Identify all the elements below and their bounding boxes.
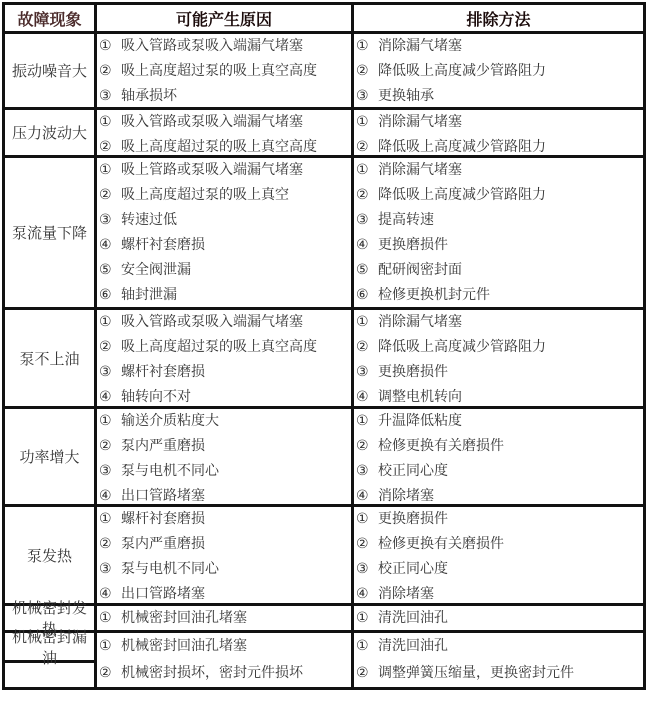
cause-cell: ①螺杆衬套磨损②泵内严重磨损③泵与电机不同心④出口管路堵塞 <box>94 507 351 603</box>
item-text: 吸上高度超过泵的吸上真空高度 <box>121 63 317 79</box>
item-text: 轴转向不对 <box>121 389 191 405</box>
cause-item: ③螺杆衬套磨损 <box>99 360 351 385</box>
symptom-cell: 振动噪音大 <box>2 34 94 107</box>
item-text: 泵与电机不同心 <box>121 561 219 577</box>
item-number: ② <box>99 59 121 84</box>
remedy-cell: ①升温降低粘度②检修更换有关磨损件③校正同心度④消除堵塞 <box>351 409 646 504</box>
remedy-item: ③校正同心度 <box>356 459 643 484</box>
item-text: 升温降低粘度 <box>378 413 462 429</box>
item-number: ④ <box>99 233 121 258</box>
remedy-item: ④更换磨损件 <box>356 233 643 258</box>
cause-cell: ①机械密封回油孔堵塞 <box>94 606 351 630</box>
item-text: 机械密封回油孔堵塞 <box>121 638 247 654</box>
table-row: 功率增大 ①输送介质粘度大②泵内严重磨损③泵与电机不同心④出口管路堵塞 ①升温降… <box>2 409 646 507</box>
item-number: ② <box>99 661 121 686</box>
item-number: ① <box>99 507 121 532</box>
cause-item: ⑥轴封泄漏 <box>99 283 351 308</box>
item-text: 轴承损坏 <box>121 88 177 104</box>
cause-item: ①吸入管路或泵吸入端漏气堵塞 <box>99 34 351 59</box>
item-text: 出口管路堵塞 <box>121 586 205 602</box>
remedy-item: ①消除漏气堵塞 <box>356 158 643 183</box>
item-number: ① <box>99 34 121 59</box>
item-text: 清洗回油孔 <box>378 610 448 626</box>
remedy-item: ③更换轴承 <box>356 84 643 109</box>
item-number: ② <box>356 434 378 459</box>
item-number: ② <box>99 135 121 160</box>
table-header-row: 故障现象 可能产生原因 排除方法 <box>2 2 646 34</box>
item-number: ② <box>356 59 378 84</box>
remedy-item: ④消除堵塞 <box>356 582 643 607</box>
item-number: ④ <box>99 385 121 410</box>
cause-cell: ①吸上管路或泵吸入端漏气堵塞②吸上高度超过泵的吸上真空③转速过低④螺杆衬套磨损⑤… <box>94 158 351 307</box>
item-number: ② <box>356 183 378 208</box>
item-number: ① <box>99 606 121 631</box>
item-text: 泵内严重磨损 <box>121 438 205 454</box>
item-text: 转速过低 <box>121 212 177 228</box>
cause-item: ④轴转向不对 <box>99 385 351 410</box>
remedy-item: ③更换磨损件 <box>356 360 643 385</box>
cause-item: ②泵内严重磨损 <box>99 434 351 459</box>
item-text: 调整弹簧压缩量，更换密封元件 <box>378 665 574 681</box>
item-text: 螺杆衬套磨损 <box>121 511 205 527</box>
cause-item: ④螺杆衬套磨损 <box>99 233 351 258</box>
table-row: 机械密封漏油 ①机械密封回油孔堵塞②机械密封损坏，密封元件损坏 ①清洗回油孔②调… <box>2 633 646 690</box>
header-symptom: 故障现象 <box>2 5 94 31</box>
item-text: 吸入管路或泵吸入端漏气堵塞 <box>121 38 303 54</box>
cause-item: ①输送介质粘度大 <box>99 409 351 434</box>
item-text: 吸入管路或泵吸入端漏气堵塞 <box>121 314 303 330</box>
symptom-cell: 泵不上油 <box>2 310 94 406</box>
item-text: 清洗回油孔 <box>378 638 448 654</box>
remedy-item: ②调整弹簧压缩量，更换密封元件 <box>356 661 643 686</box>
item-text: 消除漏气堵塞 <box>378 162 462 178</box>
item-number: ② <box>356 135 378 160</box>
table-body: 振动噪音大 ①吸入管路或泵吸入端漏气堵塞②吸上高度超过泵的吸上真空高度③轴承损坏… <box>2 34 646 690</box>
remedy-item: ①更换磨损件 <box>356 507 643 532</box>
item-number: ③ <box>356 557 378 582</box>
remedy-item: ①消除漏气堵塞 <box>356 310 643 335</box>
cause-item: ①吸入管路或泵吸入端漏气堵塞 <box>99 310 351 335</box>
remedy-item: ⑥检修更换机封元件 <box>356 283 643 308</box>
remedy-item: ②降低吸上高度减少管路阻力 <box>356 183 643 208</box>
item-text: 检修更换有关磨损件 <box>378 536 504 552</box>
remedy-item: ①清洗回油孔 <box>356 606 643 631</box>
table-row: 压力波动大 ①吸入管路或泵吸入端漏气堵塞②吸上高度超过泵的吸上真空高度 ①消除漏… <box>2 110 646 158</box>
item-number: ④ <box>356 484 378 509</box>
item-number: ④ <box>99 582 121 607</box>
item-number: ③ <box>99 459 121 484</box>
item-number: ① <box>356 507 378 532</box>
remedy-item: ③校正同心度 <box>356 557 643 582</box>
remedy-item: ②降低吸上高度减少管路阻力 <box>356 59 643 84</box>
item-text: 配研阀密封面 <box>378 262 462 278</box>
item-number: ⑤ <box>99 258 121 283</box>
item-number: ④ <box>356 233 378 258</box>
item-text: 机械密封回油孔堵塞 <box>121 610 247 626</box>
cause-item: ②机械密封损坏，密封元件损坏 <box>99 661 351 686</box>
item-text: 检修更换有关磨损件 <box>378 438 504 454</box>
item-number: ③ <box>99 557 121 582</box>
item-text: 消除漏气堵塞 <box>378 114 462 130</box>
item-text: 安全阀泄漏 <box>121 262 191 278</box>
fault-table: 故障现象 可能产生原因 排除方法 振动噪音大 ①吸入管路或泵吸入端漏气堵塞②吸上… <box>2 2 646 690</box>
item-text: 吸入管路或泵吸入端漏气堵塞 <box>121 114 303 130</box>
item-number: ③ <box>356 459 378 484</box>
symptom-label: 机械密封漏油 <box>5 633 94 663</box>
symptom-cell: 泵流量下降 <box>2 158 94 307</box>
item-number: ① <box>99 634 121 659</box>
item-number: ③ <box>99 360 121 385</box>
symptom-cell: 压力波动大 <box>2 110 94 155</box>
table-row: 机械密封发热 ①机械密封回油孔堵塞 ①清洗回油孔 <box>2 606 646 633</box>
cause-item: ①机械密封回油孔堵塞 <box>99 634 351 659</box>
item-text: 校正同心度 <box>378 561 448 577</box>
cause-cell: ①吸入管路或泵吸入端漏气堵塞②吸上高度超过泵的吸上真空高度③螺杆衬套磨损④轴转向… <box>94 310 351 406</box>
item-text: 校正同心度 <box>378 463 448 479</box>
item-text: 消除漏气堵塞 <box>378 38 462 54</box>
symptom-cell: 机械密封漏油 <box>2 633 94 687</box>
item-text: 更换磨损件 <box>378 511 448 527</box>
cause-item: ④出口管路堵塞 <box>99 484 351 509</box>
item-text: 降低吸上高度减少管路阻力 <box>378 139 546 155</box>
item-text: 吸上高度超过泵的吸上真空高度 <box>121 139 317 155</box>
item-number: ① <box>356 606 378 631</box>
item-text: 吸上高度超过泵的吸上真空 <box>121 187 289 203</box>
item-number: ④ <box>356 582 378 607</box>
item-number: ② <box>99 434 121 459</box>
item-text: 降低吸上高度减少管路阻力 <box>378 187 546 203</box>
symptom-cell: 泵发热 <box>2 507 94 603</box>
item-text: 降低吸上高度减少管路阻力 <box>378 63 546 79</box>
item-number: ① <box>99 310 121 335</box>
remedy-item: ④调整电机转向 <box>356 385 643 410</box>
item-text: 更换磨损件 <box>378 364 448 380</box>
cause-item: ③泵与电机不同心 <box>99 459 351 484</box>
cause-item: ②泵内严重磨损 <box>99 532 351 557</box>
item-text: 更换磨损件 <box>378 237 448 253</box>
remedy-item: ④消除堵塞 <box>356 484 643 509</box>
item-text: 输送介质粘度大 <box>121 413 219 429</box>
remedy-item: ①清洗回油孔 <box>356 634 643 659</box>
item-number: ① <box>356 409 378 434</box>
cause-item: ①螺杆衬套磨损 <box>99 507 351 532</box>
cause-item: ②吸上高度超过泵的吸上真空高度 <box>99 59 351 84</box>
cause-item: ②吸上高度超过泵的吸上真空高度 <box>99 335 351 360</box>
remedy-item: ①升温降低粘度 <box>356 409 643 434</box>
item-text: 机械密封损坏，密封元件损坏 <box>121 665 303 681</box>
item-text: 调整电机转向 <box>378 389 462 405</box>
remedy-cell: ①消除漏气堵塞②降低吸上高度减少管路阻力 <box>351 110 646 155</box>
item-number: ② <box>99 183 121 208</box>
cause-item: ①吸入管路或泵吸入端漏气堵塞 <box>99 110 351 135</box>
item-text: 泵内严重磨损 <box>121 536 205 552</box>
remedy-cell: ①消除漏气堵塞②降低吸上高度减少管路阻力③更换轴承 <box>351 34 646 107</box>
item-text: 螺杆衬套磨损 <box>121 364 205 380</box>
item-number: ② <box>356 661 378 686</box>
symptom-cell: 功率增大 <box>2 409 94 504</box>
cause-item: ①机械密封回油孔堵塞 <box>99 606 351 631</box>
remedy-item: ②检修更换有关磨损件 <box>356 532 643 557</box>
table-row: 振动噪音大 ①吸入管路或泵吸入端漏气堵塞②吸上高度超过泵的吸上真空高度③轴承损坏… <box>2 34 646 110</box>
remedy-item: ⑤配研阀密封面 <box>356 258 643 283</box>
remedy-item: ②降低吸上高度减少管路阻力 <box>356 335 643 360</box>
empty-cell <box>5 663 94 687</box>
remedy-cell: ①更换磨损件②检修更换有关磨损件③校正同心度④消除堵塞 <box>351 507 646 603</box>
remedy-cell: ①消除漏气堵塞②降低吸上高度减少管路阻力③提高转速④更换磨损件⑤配研阀密封面⑥检… <box>351 158 646 307</box>
cause-cell: ①输送介质粘度大②泵内严重磨损③泵与电机不同心④出口管路堵塞 <box>94 409 351 504</box>
cause-item: ⑤安全阀泄漏 <box>99 258 351 283</box>
item-number: ① <box>356 634 378 659</box>
item-text: 泵与电机不同心 <box>121 463 219 479</box>
cause-item: ③轴承损坏 <box>99 84 351 109</box>
header-cause: 可能产生原因 <box>94 5 351 31</box>
item-number: ③ <box>356 84 378 109</box>
item-number: ① <box>99 409 121 434</box>
item-number: ④ <box>99 484 121 509</box>
item-number: ⑥ <box>99 283 121 308</box>
remedy-item: ②检修更换有关磨损件 <box>356 434 643 459</box>
item-number: ① <box>99 110 121 135</box>
cause-cell: ①吸入管路或泵吸入端漏气堵塞②吸上高度超过泵的吸上真空高度③轴承损坏 <box>94 34 351 107</box>
item-number: ① <box>356 110 378 135</box>
remedy-item: ①消除漏气堵塞 <box>356 34 643 59</box>
remedy-cell: ①清洗回油孔 <box>351 606 646 630</box>
item-number: ③ <box>99 208 121 233</box>
cause-item: ②吸上高度超过泵的吸上真空 <box>99 183 351 208</box>
cause-cell: ①吸入管路或泵吸入端漏气堵塞②吸上高度超过泵的吸上真空高度 <box>94 110 351 155</box>
item-text: 更换轴承 <box>378 88 434 104</box>
table-row: 泵不上油 ①吸入管路或泵吸入端漏气堵塞②吸上高度超过泵的吸上真空高度③螺杆衬套磨… <box>2 310 646 409</box>
item-text: 检修更换机封元件 <box>378 287 490 303</box>
cause-item: ③转速过低 <box>99 208 351 233</box>
item-text: 螺杆衬套磨损 <box>121 237 205 253</box>
item-number: ② <box>356 335 378 360</box>
item-number: ② <box>356 532 378 557</box>
item-number: ① <box>99 158 121 183</box>
cause-item: ②吸上高度超过泵的吸上真空高度 <box>99 135 351 160</box>
remedy-cell: ①清洗回油孔②调整弹簧压缩量，更换密封元件 <box>351 633 646 687</box>
cause-item: ③泵与电机不同心 <box>99 557 351 582</box>
item-number: ③ <box>356 208 378 233</box>
remedy-item: ②降低吸上高度减少管路阻力 <box>356 135 643 160</box>
item-text: 出口管路堵塞 <box>121 488 205 504</box>
item-number: ② <box>99 335 121 360</box>
table-row: 泵发热 ①螺杆衬套磨损②泵内严重磨损③泵与电机不同心④出口管路堵塞 ①更换磨损件… <box>2 507 646 606</box>
item-number: ④ <box>356 385 378 410</box>
item-text: 吸上高度超过泵的吸上真空高度 <box>121 339 317 355</box>
item-text: 消除堵塞 <box>378 488 434 504</box>
item-number: ⑤ <box>356 258 378 283</box>
item-number: ① <box>356 310 378 335</box>
remedy-item: ③提高转速 <box>356 208 643 233</box>
item-text: 轴封泄漏 <box>121 287 177 303</box>
item-text: 消除漏气堵塞 <box>378 314 462 330</box>
remedy-cell: ①消除漏气堵塞②降低吸上高度减少管路阻力③更换磨损件④调整电机转向 <box>351 310 646 406</box>
header-remedy: 排除方法 <box>351 5 646 31</box>
item-text: 降低吸上高度减少管路阻力 <box>378 339 546 355</box>
item-number: ① <box>356 34 378 59</box>
item-number: ③ <box>99 84 121 109</box>
cause-item: ①吸上管路或泵吸入端漏气堵塞 <box>99 158 351 183</box>
cause-cell: ①机械密封回油孔堵塞②机械密封损坏，密封元件损坏 <box>94 633 351 687</box>
item-number: ⑥ <box>356 283 378 308</box>
item-text: 吸上管路或泵吸入端漏气堵塞 <box>121 162 303 178</box>
cause-item: ④出口管路堵塞 <box>99 582 351 607</box>
table-row: 泵流量下降 ①吸上管路或泵吸入端漏气堵塞②吸上高度超过泵的吸上真空③转速过低④螺… <box>2 158 646 310</box>
item-number: ① <box>356 158 378 183</box>
item-text: 提高转速 <box>378 212 434 228</box>
item-text: 消除堵塞 <box>378 586 434 602</box>
remedy-item: ①消除漏气堵塞 <box>356 110 643 135</box>
item-number: ② <box>99 532 121 557</box>
item-number: ③ <box>356 360 378 385</box>
